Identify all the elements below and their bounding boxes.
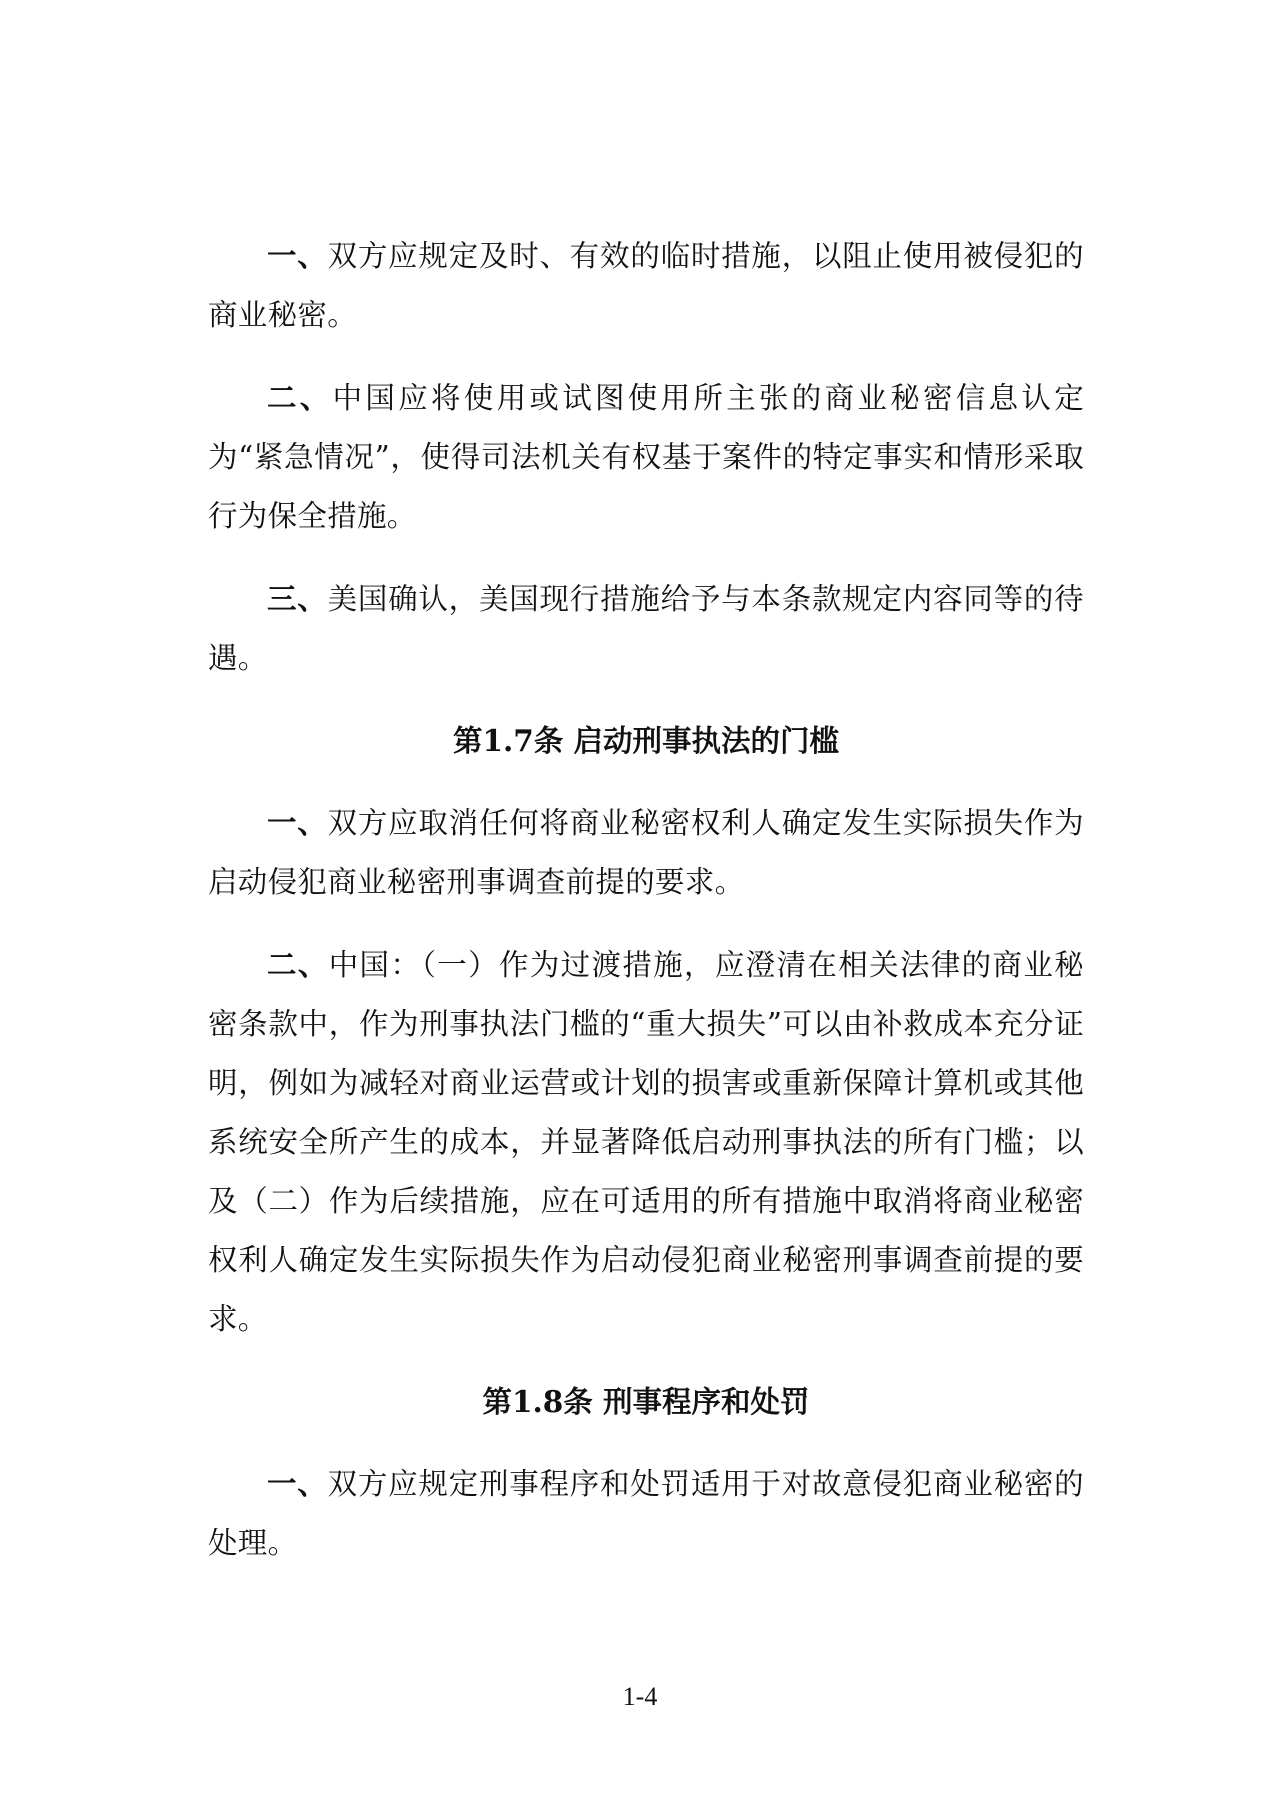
paragraph-1-7-1: 一、双方应取消任何将商业秘密权利人确定发生实际损失作为启动侵犯商业秘密刑事调查前… — [208, 793, 1084, 912]
clause-text: 双方应规定刑事程序和处罚适用于对故意侵犯商业秘密的处理。 — [208, 1467, 1084, 1560]
clause-number: 一、 — [267, 1466, 328, 1501]
paragraph-1-6-1: 一、双方应规定及时、有效的临时措施，以阻止使用被侵犯的商业秘密。 — [208, 226, 1084, 345]
clause-number: 一、 — [267, 238, 328, 273]
clause-text: 中国：（一）作为过渡措施，应澄清在相关法律的商业秘密条款中，作为刑事执法门槛的“… — [208, 948, 1084, 1336]
clause-text: 美国确认，美国现行措施给予与本条款规定内容同等的待遇。 — [208, 582, 1084, 675]
paragraph-1-8-1: 一、双方应规定刑事程序和处罚适用于对故意侵犯商业秘密的处理。 — [208, 1454, 1084, 1573]
paragraph-1-6-3: 三、美国确认，美国现行措施给予与本条款规定内容同等的待遇。 — [208, 569, 1084, 688]
page-number: 1-4 — [0, 1682, 1280, 1712]
clause-number: 一、 — [267, 805, 328, 840]
document-page: 一、双方应规定及时、有效的临时措施，以阻止使用被侵犯的商业秘密。 二、中国应将使… — [208, 226, 1084, 1596]
clause-text: 中国应将使用或试图使用所主张的商业秘密信息认定为“紧急情况”，使得司法机关有权基… — [208, 381, 1084, 533]
section-heading-1-8: 第1.8条 刑事程序和处罚 — [208, 1372, 1084, 1431]
clause-number: 二、 — [267, 380, 333, 415]
paragraph-1-6-2: 二、中国应将使用或试图使用所主张的商业秘密信息认定为“紧急情况”，使得司法机关有… — [208, 368, 1084, 546]
paragraph-1-7-2: 二、中国：（一）作为过渡措施，应澄清在相关法律的商业秘密条款中，作为刑事执法门槛… — [208, 935, 1084, 1349]
clause-number: 二、 — [267, 947, 329, 982]
section-heading-1-7: 第1.7条 启动刑事执法的门槛 — [208, 711, 1084, 770]
clause-number: 三、 — [267, 581, 328, 616]
clause-text: 双方应取消任何将商业秘密权利人确定发生实际损失作为启动侵犯商业秘密刑事调查前提的… — [208, 806, 1084, 899]
clause-text: 双方应规定及时、有效的临时措施，以阻止使用被侵犯的商业秘密。 — [208, 239, 1084, 332]
